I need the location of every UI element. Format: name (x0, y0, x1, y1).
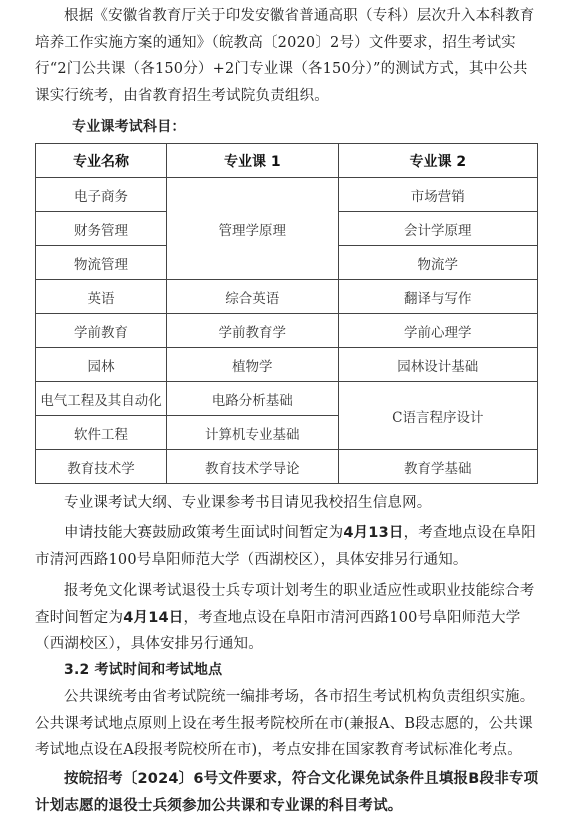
veterans-paragraph: 报考免文化课考试退役士兵专项计划考生的职业适应性或职业技能综合考查时间暂定为4月… (35, 578, 540, 658)
course1-cell: 电路分析基础 (166, 382, 338, 416)
table-row: 英语 综合英语 翻译与写作 (36, 280, 538, 314)
major-cell: 园林 (36, 348, 167, 382)
table-row: 园林 植物学 园林设计基础 (36, 348, 538, 382)
course2-cell: 学前心理学 (338, 314, 537, 348)
course1-cell: 管理学原理 (166, 178, 338, 280)
table-header-row: 专业名称 专业课 1 专业课 2 (36, 144, 538, 178)
public-course-paragraph: 公共课统考由省考试院统一编排考场，各市招生考试机构负责组织实施。公共课考试地点原… (35, 684, 540, 764)
header-course2: 专业课 2 (338, 144, 537, 178)
major-cell: 物流管理 (36, 246, 167, 280)
course1-cell: 综合英语 (166, 280, 338, 314)
section-heading: 3.2 考试时间和考试地点 (64, 657, 569, 684)
exam-subjects-table: 专业名称 专业课 1 专业课 2 电子商务 管理学原理 市场营销 财务管理 会计… (35, 143, 538, 484)
major-cell: 软件工程 (36, 416, 167, 450)
course1-cell: 植物学 (166, 348, 338, 382)
course2-cell: 翻译与写作 (338, 280, 537, 314)
header-major: 专业名称 (36, 144, 167, 178)
course1-cell: 计算机专业基础 (166, 416, 338, 450)
course2-cell: 市场营销 (338, 178, 537, 212)
course1-cell: 教育技术学导论 (166, 450, 338, 484)
course2-cell: 会计学原理 (338, 212, 537, 246)
interview-date: 4月13日 (343, 525, 403, 541)
table-title: 专业课考试科目： (72, 114, 577, 141)
veterans-date: 4月14日 (123, 610, 183, 626)
table-row: 教育技术学 教育技术学导论 教育学基础 (36, 450, 538, 484)
course2-cell: 园林设计基础 (338, 348, 537, 382)
major-cell: 财务管理 (36, 212, 167, 246)
major-cell: 教育技术学 (36, 450, 167, 484)
major-cell: 学前教育 (36, 314, 167, 348)
course1-cell: 学前教育学 (166, 314, 338, 348)
major-cell: 英语 (36, 280, 167, 314)
table-row: 电子商务 管理学原理 市场营销 (36, 178, 538, 212)
major-cell: 电子商务 (36, 178, 167, 212)
table-row: 电气工程及其自动化 电路分析基础 C语言程序设计 (36, 382, 538, 416)
note-paragraph: 按皖招考〔2024〕6号文件要求，符合文化课免试条件且填报B段非专项计划志愿的退… (35, 766, 540, 819)
course2-cell: 物流学 (338, 246, 537, 280)
course2-cell: 教育学基础 (338, 450, 537, 484)
header-course1: 专业课 1 (166, 144, 338, 178)
major-cell: 电气工程及其自动化 (36, 382, 167, 416)
skills-interview-paragraph: 申请技能大赛鼓励政策考生面试时间暂定为4月13日，考查地点设在阜阳市清河西路10… (35, 520, 540, 573)
course2-cell: C语言程序设计 (338, 382, 537, 450)
table-row: 学前教育 学前教育学 学前心理学 (36, 314, 538, 348)
intro-paragraph: 根据《安徽省教育厅关于印发安徽省普通高职（专科）层次升入本科教育培养工作实施方案… (35, 3, 540, 109)
syllabus-paragraph: 专业课考试大纲、专业课参考书目请见我校招生信息网。 (35, 490, 540, 517)
